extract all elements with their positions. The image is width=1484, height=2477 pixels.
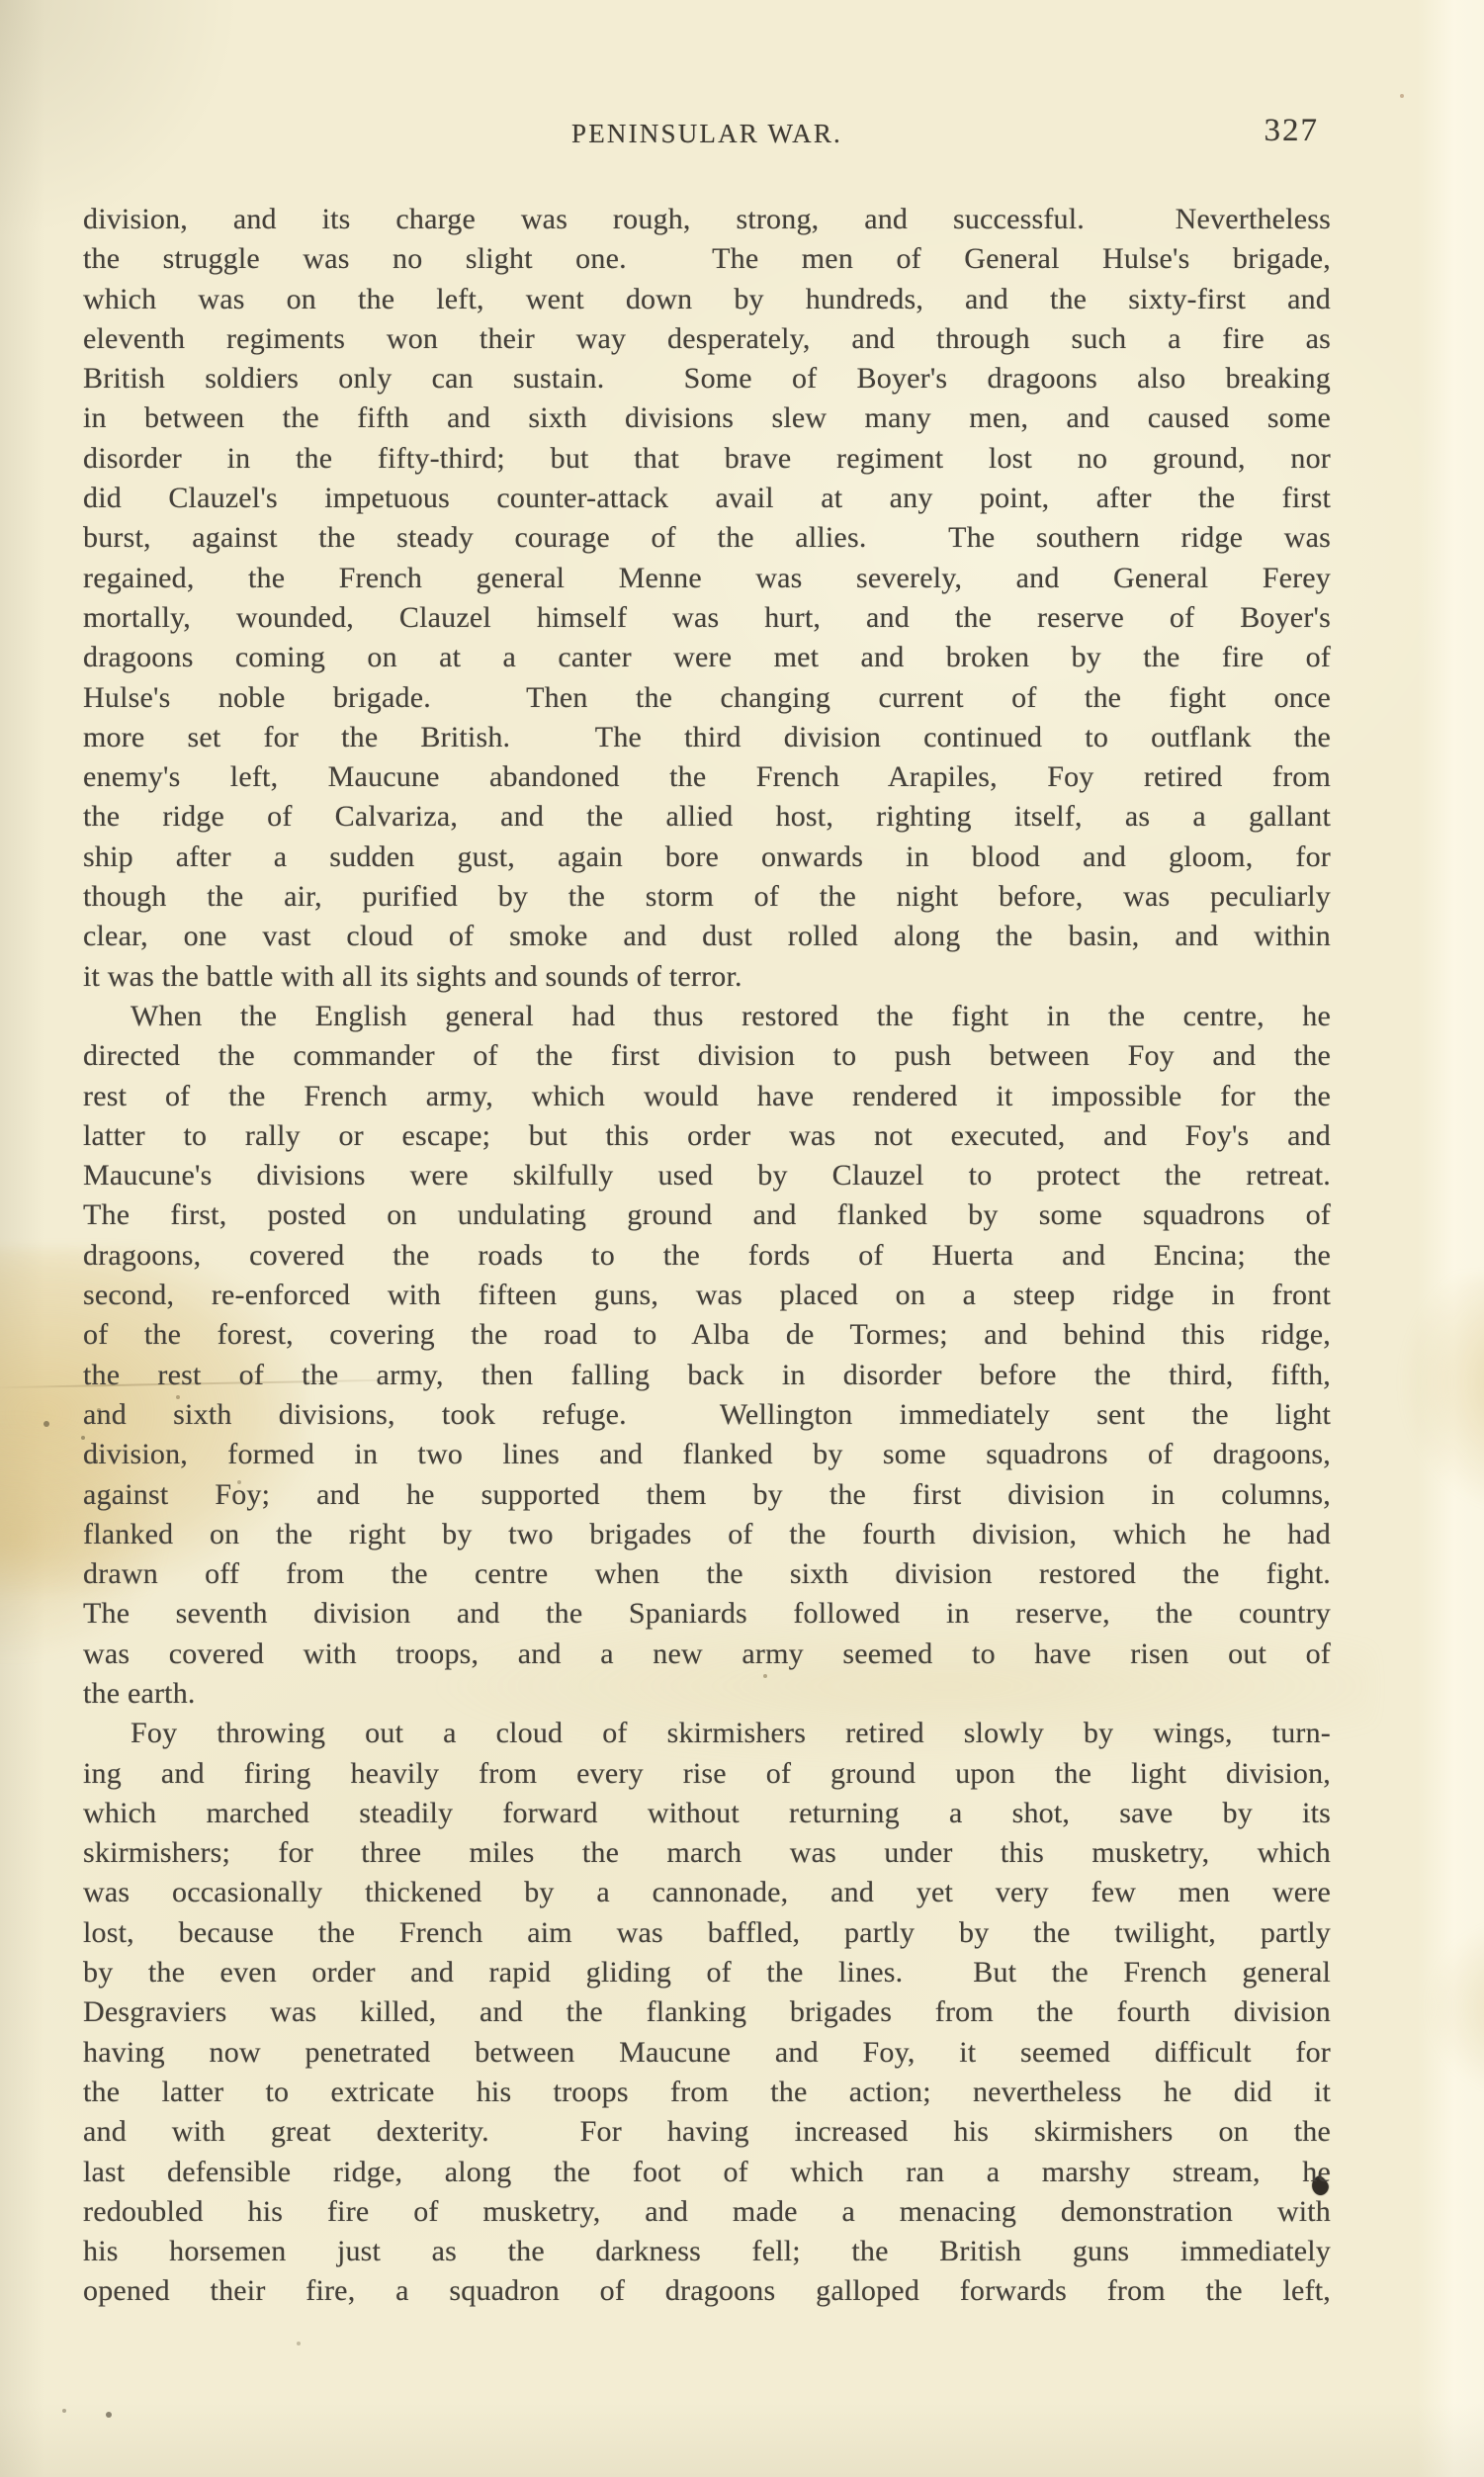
text-line: the ridge of Calvariza, and the allied h… [83,797,1331,837]
running-head: PENINSULAR WAR. 327 [83,117,1331,158]
text-line: British soldiers only can sustain. Some … [83,359,1331,398]
text-line: enemy's left, Maucune abandoned the Fren… [83,757,1331,797]
text-line: Desgraviers was killed, and the flanking… [83,1992,1331,2032]
text-line: did Clauzel's impetuous counter-attack a… [83,479,1331,518]
text-line: the latter to extricate his troops from … [83,2073,1331,2112]
paragraph-3: Foy throwing out a cloud of skirmishers … [83,1714,1331,2311]
text-line: burst, against the steady courage of the… [83,518,1331,558]
text-line: eleventh regiments won their way despera… [83,319,1331,359]
text-line: of the forest, covering the road to Alba… [83,1315,1331,1355]
text-line: mortally, wounded, Clauzel himself was h… [83,598,1331,638]
text-line: lost, because the French aim was baffled… [83,1913,1331,1953]
text-line: which marched steadily forward without r… [83,1794,1331,1833]
text-line: dragoons coming on at a canter were met … [83,638,1331,677]
text-line: opened their fire, a squadron of dragoon… [83,2271,1331,2311]
text-line: second, re-enforced with fifteen guns, w… [83,1276,1331,1315]
text-line: The seventh division and the Spaniards f… [83,1594,1331,1634]
text-line: and sixth divisions, took refuge. Wellin… [83,1395,1331,1435]
text-line: the rest of the army, then falling back … [83,1356,1331,1395]
text-line: and with great dexterity. For having inc… [83,2112,1331,2152]
text-line: regained, the French general Menne was s… [83,559,1331,598]
text-line: division, and its charge was rough, stro… [83,200,1331,239]
text-line: though the air, purified by the storm of… [83,877,1331,917]
text-line: directed the commander of the first divi… [83,1036,1331,1076]
text-line: more set for the British. The third divi… [83,718,1331,757]
text-line: Hulse's noble brigade. Then the changing… [83,678,1331,718]
text-line: clear, one vast cloud of smoke and dust … [83,917,1331,956]
text-line: the earth. [83,1674,1331,1714]
paragraph-2: When the English general had thus restor… [83,997,1331,1714]
text-line: division, formed in two lines and flanke… [83,1435,1331,1474]
text-line: Foy throwing out a cloud of skirmishers … [83,1714,1331,1753]
text-line: dragoons, covered the roads to the fords… [83,1236,1331,1276]
paragraph-1: division, and its charge was rough, stro… [83,200,1331,997]
text-line: redoubled his fire of musketry, and made… [83,2192,1331,2232]
text-line: disorder in the fifty-third; but that br… [83,439,1331,479]
text-line: was covered with troops, and a new army … [83,1635,1331,1674]
text-line: The first, posted on undulating ground a… [83,1195,1331,1235]
text-line: ship after a sudden gust, again bore onw… [83,838,1331,877]
text-line: having now penetrated between Maucune an… [83,2033,1331,2073]
text-line: the struggle was no slight one. The men … [83,239,1331,279]
text-line: skirmishers; for three miles the march w… [83,1833,1331,1873]
text-line: which was on the left, went down by hund… [83,280,1331,319]
paper-specks [0,0,4,4]
text-line: his horsemen just as the darkness fell; … [83,2232,1331,2271]
text-line: drawn off from the centre when the sixth… [83,1554,1331,1594]
paper-stain-right [1399,1276,1484,1513]
text-line: When the English general had thus restor… [83,997,1331,1036]
text-line: it was the battle with all its sights an… [83,957,1331,997]
page-number: 327 [1265,113,1320,149]
text-line: flanked on the right by two brigades of … [83,1515,1331,1554]
text-line: against Foy; and he supported them by th… [83,1475,1331,1515]
text-line: latter to rally or escape; but this orde… [83,1116,1331,1156]
text-line: rest of the French army, which would hav… [83,1077,1331,1116]
text-line: in between the fifth and sixth divisions… [83,398,1331,438]
paper-stain-right-lower [1424,1918,1484,2096]
text-line: Maucune's divisions were skilfully used … [83,1156,1331,1195]
text-line: was occasionally thickened by a cannonad… [83,1873,1331,1912]
book-page: PENINSULAR WAR. 327 division, and its ch… [0,0,1484,2477]
text-line: by the even order and rapid gliding of t… [83,1953,1331,1992]
body-text: division, and its charge was rough, stro… [83,200,1331,2312]
page-header-title: PENINSULAR WAR. [83,119,1331,149]
text-line: last defensible ridge, along the foot of… [83,2153,1331,2192]
text-line: ing and firing heavily from every rise o… [83,1754,1331,1794]
